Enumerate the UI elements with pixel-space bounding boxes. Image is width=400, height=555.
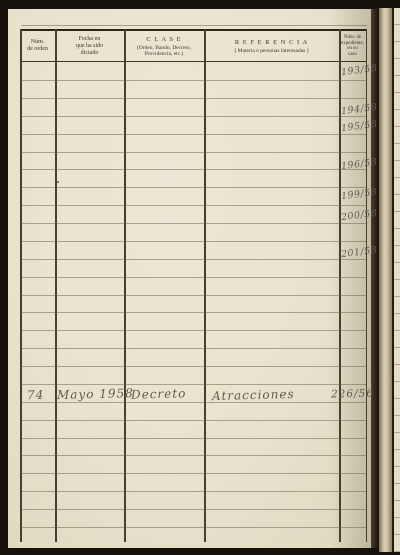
book-gutter-shadow (371, 9, 379, 548)
row-line (21, 438, 366, 439)
entry-referencia: Atracciones (212, 387, 295, 403)
row-line (21, 116, 366, 117)
column-divider (204, 29, 206, 542)
row-line (21, 187, 366, 188)
row-line (21, 98, 366, 99)
column-divider (20, 29, 22, 542)
row-line (21, 80, 366, 81)
row-line (21, 348, 366, 349)
row-line (21, 420, 366, 421)
ink-speck (57, 181, 59, 183)
row-line (21, 366, 366, 367)
entry-fecha: Mayo 1958 (57, 386, 134, 402)
row-line (21, 259, 366, 260)
table-top-faint-rule (21, 25, 367, 26)
column-header-expediente: Núm. de expediente, en su caso (339, 31, 366, 61)
row-line (21, 330, 366, 331)
row-line (21, 241, 366, 242)
ledger-page (8, 9, 373, 548)
row-line (21, 205, 366, 206)
row-line (21, 473, 366, 474)
next-page-edge (392, 8, 400, 552)
row-line (21, 169, 366, 170)
next-page-rule-lines (394, 8, 400, 552)
column-header-num-orden: Núm. de orden (20, 31, 55, 61)
row-line (21, 402, 366, 403)
entry-expediente: 226/56 (331, 387, 374, 400)
row-line (21, 152, 366, 153)
column-divider (55, 29, 57, 542)
row-line (21, 491, 366, 492)
row-line (21, 455, 366, 456)
table-header-bottom-rule (20, 61, 367, 62)
column-header-fecha: Fecha en que ha sido dictado (55, 31, 124, 61)
row-line (21, 134, 366, 135)
column-header-referencia: R E F E R E N C I A [ Materia o personas… (204, 31, 339, 61)
row-line (21, 527, 366, 528)
book-spine (379, 8, 392, 552)
row-line (21, 509, 366, 510)
row-line (21, 384, 366, 385)
column-header-clase-title: C L A S E (124, 36, 204, 44)
column-header-clase-sub: (Orden, Bando, Decreto, Providencia, etc… (124, 45, 204, 57)
row-line (21, 312, 366, 313)
entry-num-orden: 74 (27, 388, 45, 402)
column-divider (124, 29, 126, 542)
column-header-clase: C L A S E (Orden, Bando, Decreto, Provid… (124, 31, 204, 61)
column-header-referencia-sub: [ Materia o personas interesadas ] (204, 48, 339, 54)
row-line (21, 277, 366, 278)
column-header-referencia-title: R E F E R E N C I A (204, 39, 339, 47)
row-line (21, 223, 366, 224)
entry-clase: Decreto (131, 386, 187, 401)
scanned-ledger-photo: Núm. de orden Fecha en que ha sido dicta… (0, 0, 400, 555)
row-line (21, 295, 366, 296)
